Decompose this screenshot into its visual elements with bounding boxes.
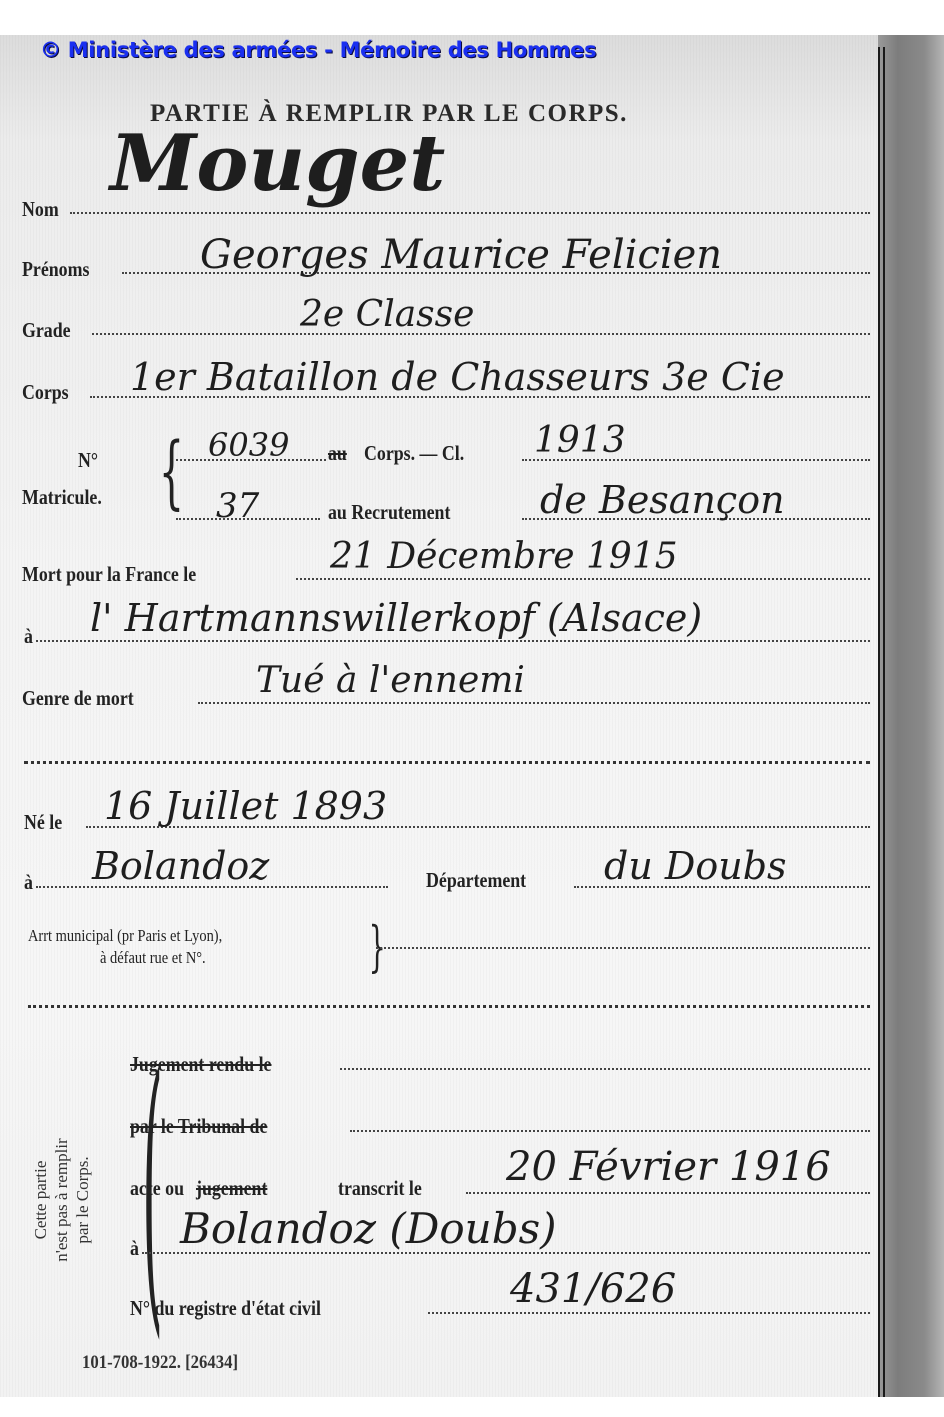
transcription-a-label: à	[130, 1236, 139, 1261]
jugement-label: Jugement rendu le	[130, 1052, 271, 1077]
prenoms-value: Georges Maurice Felicien	[200, 232, 722, 278]
arrondissement-line	[376, 947, 870, 949]
corps-number-value: 6039	[208, 426, 289, 464]
recrutement-number-value: 37	[216, 486, 259, 526]
recrutement-label: au Recrutement	[328, 500, 450, 525]
recrutement-value: de Besançon	[540, 478, 785, 522]
registre-line	[428, 1312, 870, 1314]
registre-value: 431/626	[510, 1266, 676, 1312]
matricule-brace: {	[159, 432, 184, 512]
transcription-a-value: Bolandoz (Doubs)	[180, 1204, 557, 1253]
matricule-label: Matricule.	[22, 485, 102, 510]
matricule-label-no: N°	[78, 448, 98, 473]
ne-le-label: Né le	[24, 810, 62, 835]
genre-mort-line	[198, 702, 870, 704]
mort-le-label: Mort pour la France le	[22, 562, 196, 587]
grade-value: 2e Classe	[300, 294, 474, 335]
binding-edge	[878, 35, 944, 1397]
genre-mort-value: Tué à l'ennemi	[256, 660, 525, 701]
jugement-line	[340, 1068, 870, 1070]
departement-value: du Doubs	[604, 844, 787, 888]
corps-value: 1er Bataillon de Chasseurs 3e Cie	[130, 355, 785, 399]
genre-mort-label: Genre de mort	[22, 686, 134, 711]
side-note-line-1: Cette partie	[30, 1095, 51, 1305]
form-reference-code: 101-708-1922. [26434]	[82, 1352, 238, 1374]
side-note-line-2: n'est pas à remplir	[51, 1095, 72, 1305]
mort-a-label: à	[24, 624, 33, 649]
grade-label: Grade	[22, 318, 71, 343]
arrondissement-label: Arrt municipal (pr Paris et Lyon),	[28, 926, 222, 946]
prenoms-label: Prénoms	[22, 257, 89, 282]
classe-value: 1913	[534, 420, 626, 461]
registre-label: N° du registre d'état civil	[130, 1296, 321, 1321]
grade-line	[92, 333, 870, 335]
mort-a-value: l' Hartmannswillerkopf (Alsace)	[90, 596, 702, 640]
corps-class-label: Corps. — Cl.	[364, 441, 464, 466]
frame-line	[883, 47, 885, 1397]
separator-line-2	[28, 1005, 870, 1008]
copyright-watermark: © Ministère des armées - Mémoire des Hom…	[40, 38, 596, 62]
corps-label-struck: au	[328, 441, 347, 466]
ne-a-value: Bolandoz	[92, 844, 269, 888]
mort-le-line	[296, 578, 870, 580]
departement-label: Département	[426, 868, 526, 893]
mort-a-line	[36, 640, 870, 642]
nom-value: Mouget	[110, 118, 445, 209]
tribunal-label: par le Tribunal de	[130, 1114, 267, 1139]
side-note: Cette partie n'est pas à remplir par le …	[30, 1095, 93, 1305]
acte-label-prefix: acte ou	[130, 1176, 184, 1201]
acte-label-struck: jugement	[196, 1176, 267, 1201]
nom-line	[70, 212, 870, 214]
mort-le-value: 21 Décembre 1915	[330, 536, 678, 577]
ne-a-label: à	[24, 870, 33, 895]
ne-le-value: 16 Juillet 1893	[104, 784, 387, 828]
arrondissement-label-2: à défaut rue et N°.	[100, 948, 206, 968]
nom-label: Nom	[22, 197, 59, 222]
acte-label-suffix: transcrit le	[338, 1176, 422, 1201]
acte-line	[466, 1192, 870, 1194]
side-note-line-3: par le Corps.	[72, 1095, 93, 1305]
tribunal-line	[350, 1130, 870, 1132]
corps-label: Corps	[22, 380, 69, 405]
frame-line	[878, 47, 880, 1397]
acte-value: 20 Février 1916	[506, 1144, 831, 1190]
separator-line	[24, 761, 870, 764]
